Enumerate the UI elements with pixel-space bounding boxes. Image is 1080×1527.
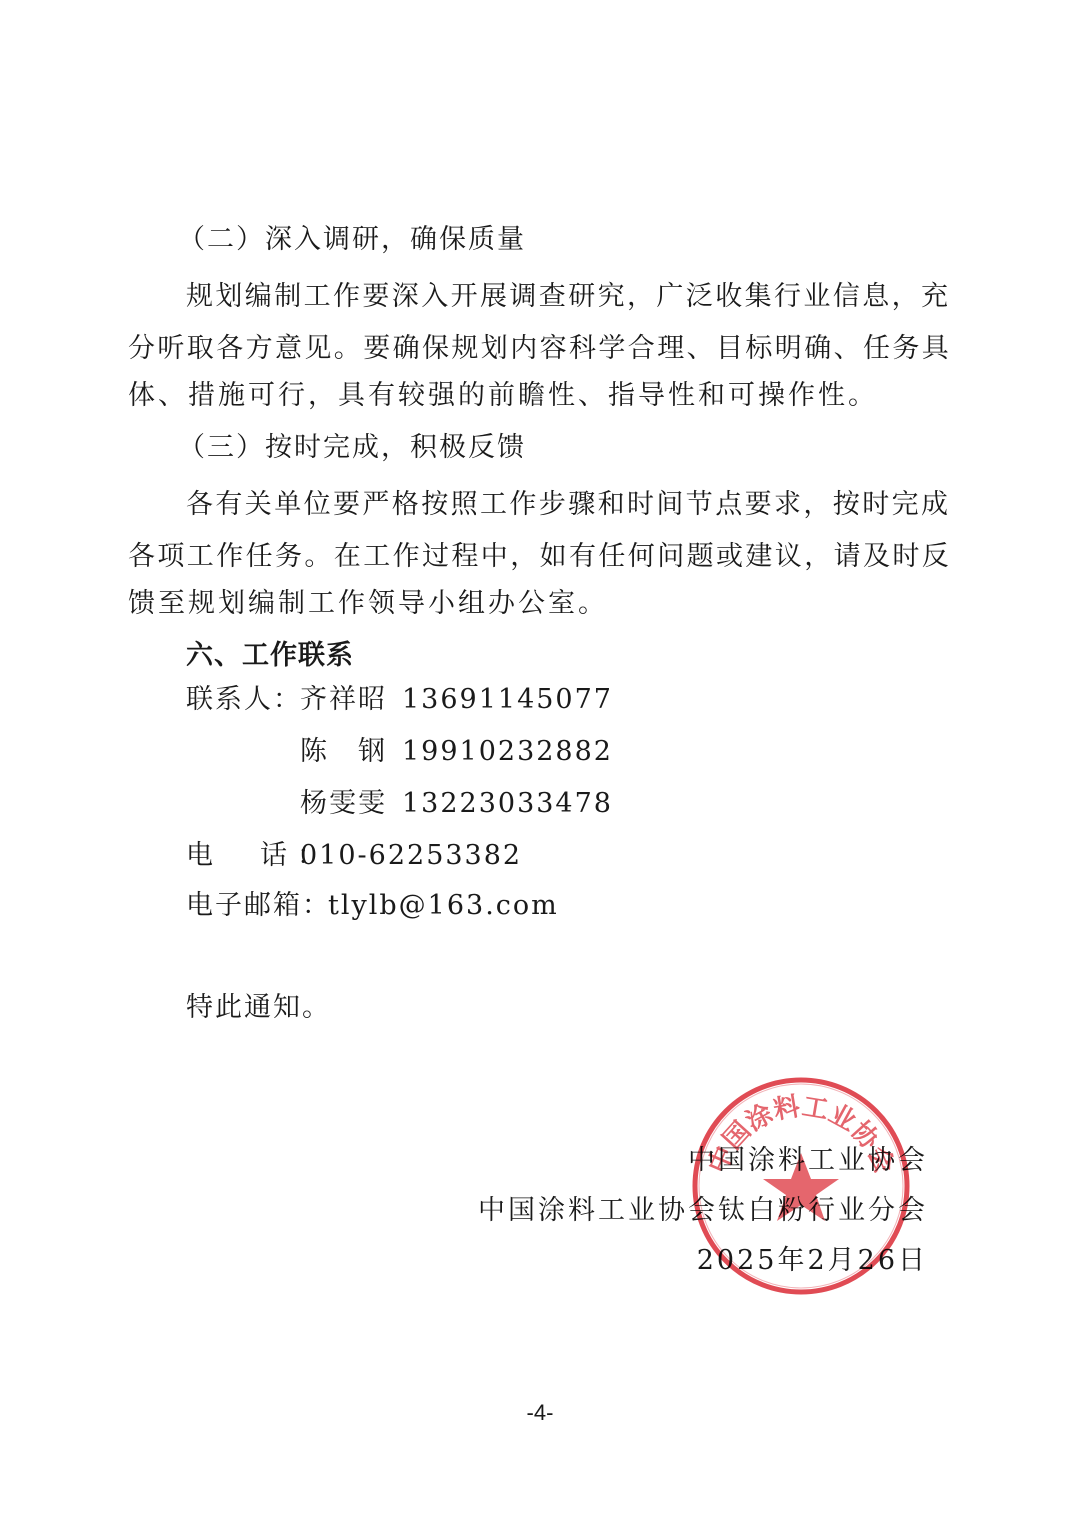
paragraph-line: 规划编制工作要深入开展调查研究，广泛收集行业信息，充: [186, 274, 926, 313]
closing-text: 特此通知。: [186, 990, 331, 1026]
page-number: -4-: [0, 1400, 1080, 1426]
contact-phone: 13223033478: [402, 786, 613, 822]
contact-name: 杨雯雯: [300, 786, 387, 822]
office-phone: 010-62253382: [300, 838, 522, 874]
document-page: （二）深入调研，确保质量 规划编制工作要深入开展调查研究，广泛收集行业信息，充 …: [0, 0, 1080, 1527]
contacts-label: 联系人：: [186, 682, 302, 718]
signature-org-2: 中国涂料工业协会钛白粉行业分会: [478, 1188, 928, 1227]
bleed-through-text: [690, 445, 719, 482]
section-heading-3: （三）按时完成，积极反馈: [178, 430, 526, 466]
email-label: 电子邮箱：: [186, 888, 331, 924]
paragraph-line: 各项工作任务。在工作过程中，如有任何问题或建议，请及时反: [128, 534, 926, 573]
paragraph-line: 各有关单位要严格按照工作步骤和时间节点要求，按时完成: [186, 482, 926, 521]
contact-name: 齐祥昭: [300, 682, 387, 718]
contact-phone: 13691145077: [402, 682, 613, 718]
contact-phone: 19910232882: [402, 734, 613, 770]
paragraph-line: 馈至规划编制工作领导小组办公室。: [128, 586, 608, 622]
email-address: tlylb@163.com: [328, 888, 559, 924]
section-heading-2: （二）深入调研，确保质量: [178, 222, 526, 258]
signature-org-1: 中国涂料工业协会: [688, 1138, 928, 1177]
section-heading-6: 六、工作联系: [186, 638, 354, 674]
signature-date: 2025年2月26日: [697, 1238, 928, 1277]
paragraph-line: 体、措施可行，具有较强的前瞻性、指导性和可操作性。: [128, 378, 878, 414]
contact-name: 陈 钢: [300, 734, 387, 770]
paragraph-line: 分听取各方意见。要确保规划内容科学合理、目标明确、任务具: [128, 326, 926, 365]
